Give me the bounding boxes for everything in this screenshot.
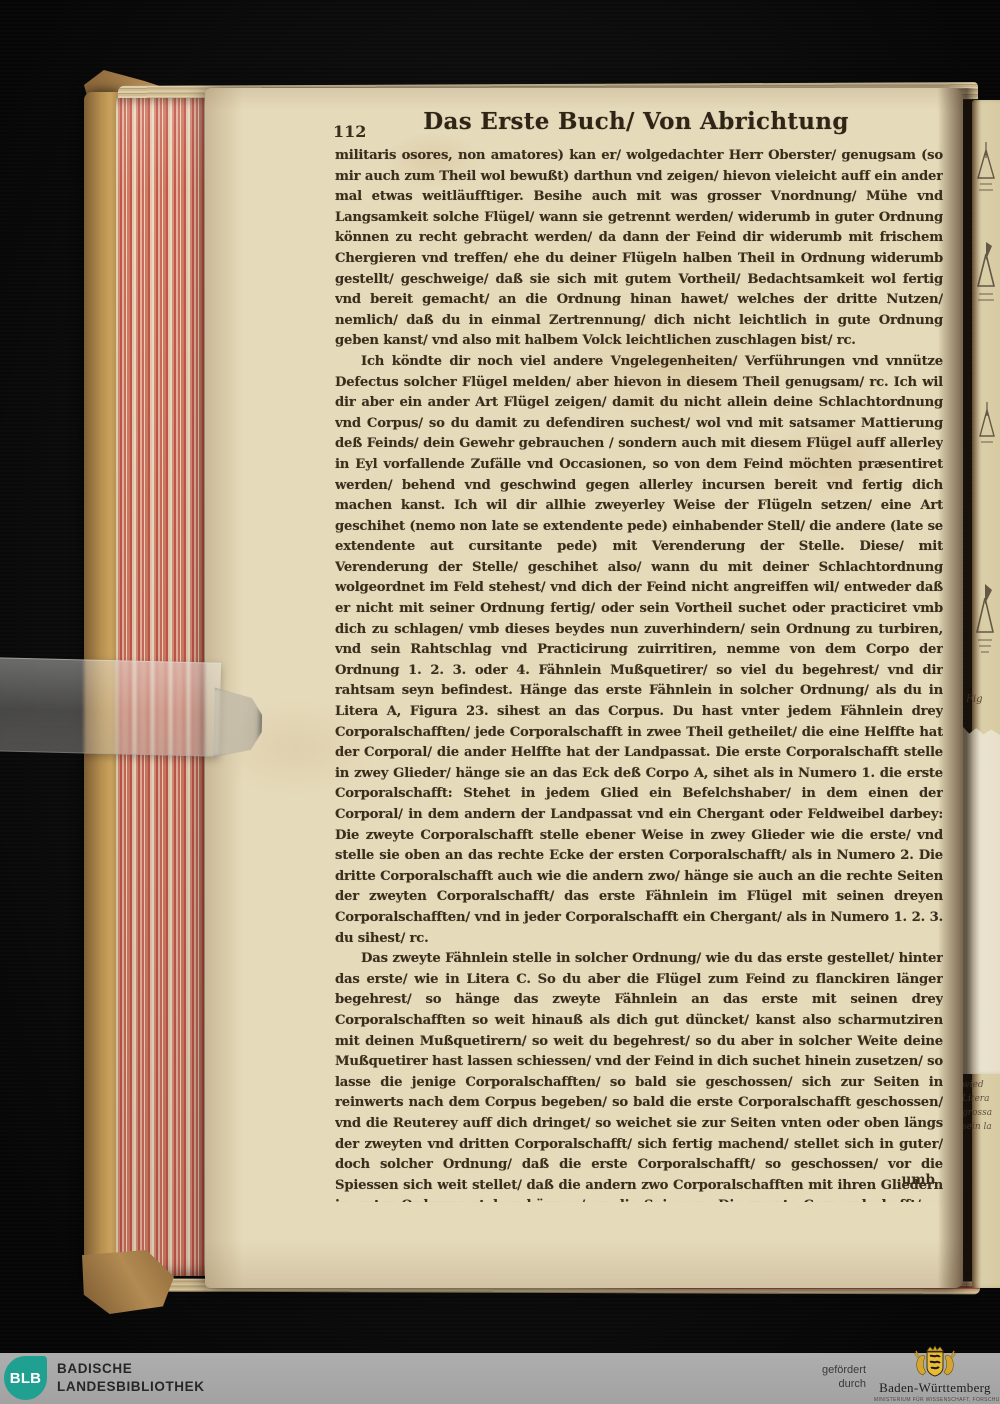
body-paragraph: Das zweyte Fähnlein stelle in solcher Or…: [335, 949, 943, 1202]
formation-figure-icon: [977, 400, 997, 455]
text-fragment: grossa: [962, 1106, 1000, 1120]
library-name: BADISCHE LANDESBIBLIOTHEK: [57, 1360, 205, 1395]
funding-label-line1: gefördert: [760, 1364, 866, 1378]
bw-wordmark: Baden-Württemberg: [874, 1380, 996, 1396]
facing-page-text-fragments: wied Litera grossa sein la: [962, 1078, 1000, 1134]
baden-wuerttemberg-logo: Baden-Württemberg MINISTERIUM FÜR WISSEN…: [874, 1345, 996, 1403]
text-fragment: sein la: [962, 1120, 1000, 1134]
blb-logo: BLB: [4, 1356, 47, 1400]
formation-figure-icon: [976, 140, 996, 200]
bw-coat-of-arms-icon: [903, 1345, 967, 1381]
bw-ministry-line: MINISTERIUM FÜR WISSENSCHAFT, FORSCHUNG …: [874, 1397, 996, 1403]
library-name-line2: LANDESBIBLIOTHEK: [57, 1378, 205, 1396]
funding-label-line2: durch: [760, 1378, 866, 1392]
page-holder-strip: [0, 657, 221, 757]
catchword: umb: [335, 1172, 935, 1188]
library-name-line1: BADISCHE: [57, 1360, 205, 1378]
scan-viewport: Fig wied Litera grossa sein la Das Erste…: [0, 0, 1000, 1404]
running-head: Das Erste Buch/ Von Abrichtung: [330, 108, 942, 135]
text-fragment: Litera: [962, 1092, 1000, 1106]
blb-logo-text: BLB: [10, 1370, 41, 1387]
body-text: militaris osores, non amatores) kan er/ …: [335, 146, 943, 1202]
formation-figure-icon: [975, 240, 997, 310]
page-number: 112: [333, 122, 366, 141]
formation-figure-icon: [974, 580, 996, 660]
library-footer-bar: BLB BADISCHE LANDESBIBLIOTHEK gefördert …: [0, 1353, 1000, 1404]
facing-page-text-fragment: Fig: [966, 694, 983, 705]
text-fragment: wied: [962, 1078, 1000, 1092]
body-paragraph: militaris osores, non amatores) kan er/ …: [335, 146, 943, 352]
body-paragraph: Ich köndte dir noch viel andere Vngelege…: [335, 352, 943, 949]
funding-label: gefördert durch: [760, 1364, 866, 1391]
